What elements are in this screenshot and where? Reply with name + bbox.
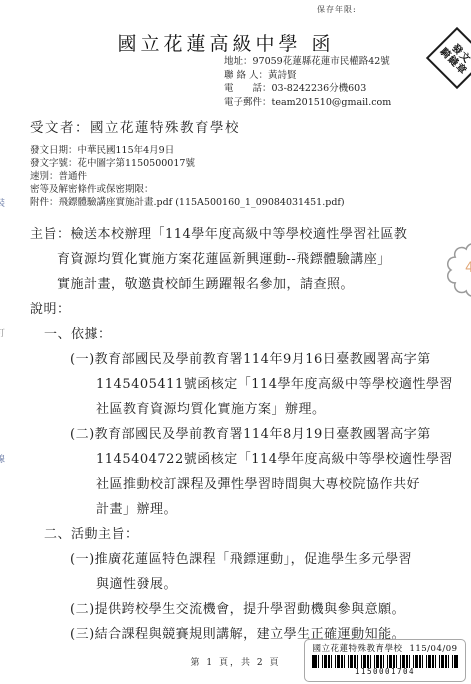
item1a-line-1: (一)教育部國民及學前教育署114年9月16日臺教國署高字第 [70,347,434,372]
sender-email: 電子郵件：team201510@gmail.com [224,96,391,110]
item1b-line-1: (二)教育部國民及學前教育署114年8月19日臺教國署高字第 [70,422,434,447]
binding-mark-ding: 訂 [0,326,5,339]
explanation-label: 說明： [30,297,434,322]
meta-speed-class: 速別：普通件 [30,170,345,183]
item1a-line-2: 1145405411號函核定「114學年度高級中等學校適性學習 [96,372,434,397]
sender-phone: 電 話：03-8242236分機603 [224,82,391,96]
binding-mark-zhuang: 裝 [0,196,5,209]
item1a-line-3: 社區教育資源均質化實施方案」辦理。 [96,397,434,422]
sender-address: 地址：97059花蓮縣花蓮市民權路42號 [224,55,391,69]
item2a-line-2: 與適性發展。 [96,572,434,597]
recipient-line: 受文者：國立花蓮特殊教育學校 [30,116,240,136]
barcode-number: 1150001704 [305,668,465,676]
letter-body: 主旨：檢送本校辦理「114學年度高級中等學校適性學習社區教 育資源均質化實施方案… [30,222,434,647]
section2-label: 二、活動主旨： [44,522,434,547]
receive-date: 115/04/09 [409,644,457,654]
receive-stamp-box: 國立花蓮特殊教育學校115/04/09 1150001704 [304,639,466,682]
subject-line-1: 主旨：檢送本校辦理「114學年度高級中等學校適性學習社區教 [30,222,434,247]
subject-line-3: 實施計畫，敬邀貴校師生踴躍報名參加，請查照。 [57,272,434,297]
meta-doc-number: 發文字號：花中圖字第1150500017號 [30,157,345,170]
sender-info-block: 地址：97059花蓮縣花蓮市民權路42號 聯 絡 人：黃詩賢 電 話：03-82… [224,55,391,109]
item1b-line-4: 計畫」辦理。 [96,497,434,522]
seal-digit: 4 [465,260,471,276]
item2b-line: (二)提供跨校學生交流機會，提升學習動機與參與意願。 [70,597,434,622]
round-scalloped-seal-icon: 4 [445,242,471,298]
meta-issue-date: 發文日期：中華民國115年4月9日 [30,144,345,157]
retention-label: 保存年限: [317,4,357,15]
item2a-line-1: (一)推廣花蓮區特色課程「飛鏢運動」，促進學生多元學習 [70,547,434,572]
sender-contact: 聯 絡 人：黃詩賢 [224,69,391,83]
section1-label: 一、依據： [44,322,434,347]
document-title: 國立花蓮高級中學 函 [0,29,452,56]
document-meta-block: 發文日期：中華民國115年4月9日 發文字號：花中圖字第1150500017號 … [30,144,345,209]
binding-mark-xian: 線 [0,452,5,465]
receive-stamp-header: 國立花蓮特殊教育學校115/04/09 [305,642,465,654]
subject-line-2: 育資源均質化實施方案花蓮區新興運動--飛鏢體驗講座」 [57,247,434,272]
receiver-school-name: 國立花蓮特殊教育學校 [312,644,402,654]
meta-security-class: 密等及解密條件或保密期限： [30,183,345,196]
item1b-line-3: 社區推動校訂課程及彈性學習時間與大專校院協作共好 [96,472,434,497]
item1b-line-2: 1145404722號函核定「114學年度高級中等學校適性學習 [96,447,434,472]
official-letter-page: 保存年限: 發文 騎縫章 國立花蓮高級中學 函 地址：97059花蓮縣花蓮市民權… [0,0,471,684]
meta-attachment: 附件：飛鏢體驗講座實施計畫.pdf (115A500160_1_09084031… [30,196,345,209]
